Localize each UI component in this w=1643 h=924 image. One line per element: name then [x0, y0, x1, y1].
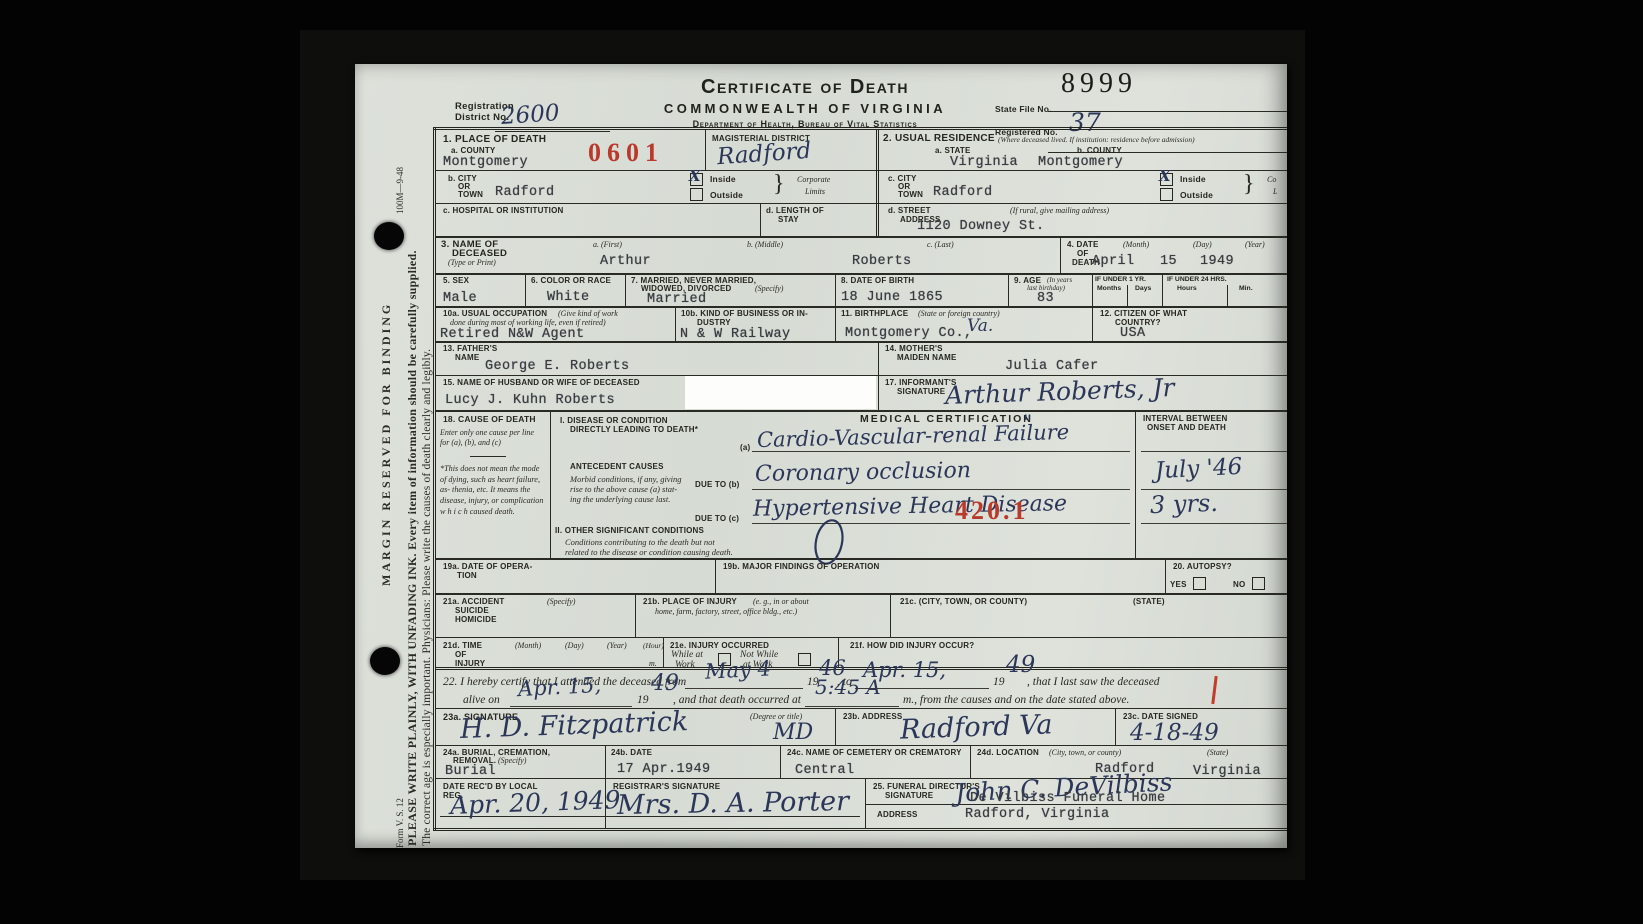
- box2-county-value: Montgomery: [1038, 156, 1123, 170]
- box15-label: 15. NAME OF HUSBAND OR WIFE OF DECEASED: [443, 378, 640, 388]
- physician-signature: H. D. Fitzpatrick: [460, 708, 689, 743]
- box9-days-label: Days: [1135, 285, 1151, 293]
- box19b-label: 19b. MAJOR FINDINGS OF OPERATION: [723, 562, 880, 572]
- cause-a-value: Cardio-Vascular-renal Failure: [757, 422, 1070, 451]
- box9-under24-label: IF UNDER 24 HRS.: [1167, 276, 1227, 284]
- box4-year-label: (Year): [1245, 240, 1265, 250]
- box9-value: 83: [1037, 292, 1054, 306]
- box4-month-label: (Month): [1123, 240, 1149, 250]
- box21d-m-suffix: m.: [649, 659, 657, 669]
- box18-a-label: (a): [740, 443, 750, 453]
- box13-label2: NAME: [455, 353, 479, 363]
- box21d-day-label: (Day): [565, 641, 584, 651]
- box9-under1yr-label: IF UNDER 1 YR.: [1095, 276, 1146, 284]
- interval-label2: ONSET AND DEATH: [1147, 423, 1226, 433]
- box2-inside-label: Inside: [1180, 174, 1206, 184]
- box1-title: 1. PLACE OF DEATH: [443, 134, 546, 146]
- physician-address-value: Radford Va: [900, 711, 1053, 743]
- box20-label: 20. AUTOPSY?: [1173, 562, 1232, 572]
- binding-notice: MARGIN RESERVED FOR BINDING: [379, 302, 394, 586]
- box2-city-value: Radford: [933, 186, 993, 200]
- state-file-number: 8999: [1061, 70, 1137, 98]
- funeral-address-label: ADDRESS: [877, 810, 918, 820]
- box15-value: Lucy J. Kuhn Roberts: [445, 394, 615, 408]
- certify-text-4: alive on: [463, 694, 500, 708]
- certificate-title: Certificate of Death: [635, 77, 975, 97]
- informant-signature: Arthur Roberts, Jr: [945, 375, 1175, 408]
- correct-age-notice: The correct age is especially important.…: [421, 349, 433, 846]
- certify-19c: 19: [637, 694, 649, 708]
- box1-outside-checkbox: [690, 188, 703, 201]
- box21b-note2: home, farm, factory, street, office bldg…: [655, 607, 797, 617]
- other-conditions-label: II. OTHER SIGNIFICANT CONDITIONS: [555, 526, 704, 536]
- box24b-label: 24b. DATE: [611, 748, 652, 758]
- box21d-hour-label: (Hour): [643, 641, 664, 650]
- box21d-year-label: (Year): [607, 641, 627, 651]
- box1-outside-label: Outside: [710, 190, 743, 200]
- box1-brace: }: [773, 172, 785, 196]
- box4-day-label: (Day): [1193, 240, 1212, 250]
- box1-stay-label2: STAY: [778, 215, 799, 225]
- box24d-state-label: (State): [1207, 748, 1228, 758]
- box3-title3: (Type or Print): [448, 258, 496, 268]
- box3-middle-label: b. (Middle): [747, 240, 783, 250]
- box10b-value: N & W Railway: [680, 328, 791, 342]
- box24d-state-value: Virginia: [1193, 765, 1261, 779]
- box21a-specify-note: (Specify): [547, 597, 575, 607]
- box8-value: 18 June 1865: [841, 291, 943, 305]
- box12-value: USA: [1120, 327, 1146, 341]
- box18-note2: for (a), (b), and (c): [440, 438, 501, 448]
- box14-label2: MAIDEN NAME: [897, 353, 957, 363]
- box11-value: Montgomery Co.,: [845, 327, 973, 341]
- autopsy-yes-label: YES: [1170, 580, 1187, 590]
- box1-inside-label: Inside: [710, 174, 736, 184]
- box21d-label3: INJURY: [455, 659, 485, 669]
- box2-title: 2. USUAL RESIDENCE: [883, 133, 995, 145]
- red-check-mark: [1211, 676, 1217, 704]
- autopsy-no-checkbox: [1252, 577, 1265, 590]
- box9-min-label: Min.: [1239, 285, 1253, 293]
- box21f-label: 21f. HOW DID INJURY OCCUR?: [850, 641, 974, 651]
- state-file-label: State File No.: [995, 104, 1052, 114]
- box1-inside-checkmark: X: [689, 169, 701, 184]
- box2-outside-label: Outside: [1180, 190, 1213, 200]
- certify-text-5: , and that death occurred at: [673, 694, 801, 708]
- box8-label: 8. DATE OF BIRTH: [841, 276, 914, 286]
- due-to-c-label: DUE TO (c): [695, 514, 739, 524]
- box5-label: 5. SEX: [443, 276, 469, 286]
- autopsy-yes-checkbox: [1193, 577, 1206, 590]
- box4-day-value: 15: [1160, 255, 1177, 269]
- funeral-director-label2: SIGNATURE: [885, 791, 933, 801]
- morbid-note3: ing the underlying cause last.: [570, 494, 670, 505]
- box24d-label: 24d. LOCATION: [977, 748, 1039, 758]
- box3-first-value: Arthur: [600, 255, 651, 269]
- degree-title-value: MD: [773, 722, 813, 744]
- box5-value: Male: [443, 292, 477, 306]
- box21c-label: 21c. (CITY, TOWN, OR COUNTY): [900, 597, 1027, 607]
- box9-months-label: Months: [1097, 285, 1121, 293]
- box2-street-note: (If rural, give mailing address): [1010, 206, 1109, 216]
- box11-value-handwritten: Va.: [967, 318, 993, 335]
- cause-code-stamp: 420.1: [955, 498, 1029, 524]
- box3-first-label: a. (First): [593, 240, 622, 250]
- certify-text-6: m., from the causes and on the date stat…: [903, 694, 1129, 708]
- box1-city-label3: TOWN: [458, 190, 483, 200]
- box2-street-value: 1120 Downey St.: [917, 220, 1045, 234]
- district-stamp: 0601: [588, 140, 664, 166]
- box6-label: 6. COLOR OR RACE: [531, 276, 611, 286]
- box1-limits-label: Limits: [805, 187, 825, 197]
- box11-label: 11. BIRTHPLACE: [841, 309, 908, 319]
- box18-note3: *This does not mean the mode of dying, s…: [440, 464, 544, 517]
- box17-label2: SIGNATURE: [897, 387, 945, 397]
- box18-note1: Enter only one cause per line: [440, 428, 534, 438]
- attended-from-value: May 4: [704, 658, 771, 682]
- box13-value: George E. Roberts: [485, 360, 630, 374]
- box2-limits-label: L: [1273, 187, 1277, 197]
- cause-b-value: Coronary occlusion: [755, 460, 971, 486]
- due-to-b-label: DUE TO (b): [695, 480, 740, 490]
- box1-hospital-label: c. HOSPITAL OR INSTITUTION: [443, 206, 563, 216]
- other-conditions-note2: related to the disease or condition caus…: [565, 547, 733, 558]
- certificate-paper: 100M—9-48 MARGIN RESERVED FOR BINDING PL…: [355, 64, 1287, 848]
- box7-specify-note: (Specify): [755, 284, 783, 294]
- alive-on-year: 49: [651, 673, 679, 695]
- print-code: 100M—9-48: [395, 167, 405, 214]
- certify-19b: 19: [993, 676, 1005, 690]
- box2-inside-checkmark: X: [1159, 169, 1171, 184]
- box2-outside-checkbox: [1160, 188, 1173, 201]
- magisterial-value: Radford: [716, 140, 812, 170]
- autopsy-no-label: NO: [1233, 580, 1245, 590]
- box24b-value: 17 Apr.1949: [617, 763, 711, 777]
- certify-text-3: , that I last saw the deceased: [1027, 676, 1160, 690]
- box24a-value: Burial: [445, 765, 496, 779]
- interval-c-value: 3 yrs.: [1150, 491, 1219, 517]
- handwriting-loop-flourish: [807, 516, 851, 568]
- not-while-at-work-checkbox: [798, 653, 811, 666]
- alive-on-value: Apr. 15,: [518, 675, 602, 700]
- box1-county-value: Montgomery: [443, 156, 528, 170]
- antecedent-label: ANTECEDENT CAUSES: [570, 462, 664, 472]
- box9-hours-label: Hours: [1177, 285, 1197, 293]
- box19a-label2: TION: [457, 571, 477, 581]
- box2-corporate-label: Co: [1267, 175, 1276, 185]
- box24a-specify-note: (Specify): [498, 756, 526, 766]
- box4-month-value: April: [1092, 255, 1135, 269]
- box21d-month-label: (Month): [515, 641, 541, 651]
- death-hour-value: 5:45 A: [815, 677, 881, 697]
- date-recd-value: Apr. 20, 1949: [450, 787, 621, 818]
- box23b-label: 23b. ADDRESS: [843, 712, 902, 722]
- box4-year-value: 1949: [1200, 255, 1234, 269]
- box7-value: Married: [647, 293, 707, 307]
- box21c-state-label: (STATE): [1133, 597, 1165, 607]
- attended-to-year: 49: [1006, 654, 1035, 677]
- box3-last-value: Roberts: [852, 255, 912, 269]
- write-plainly-notice: PLEASE WRITE PLAINLY, WITH UNFADING INK.…: [405, 250, 420, 846]
- redaction-patch: [685, 376, 876, 409]
- box2-city-label3: TOWN: [898, 190, 923, 200]
- box21b-label: 21b. PLACE OF INJURY: [643, 597, 737, 607]
- box6-value: White: [547, 291, 590, 305]
- box1-city-value: Radford: [495, 186, 555, 200]
- box2-state-value: Virginia: [950, 156, 1018, 170]
- funeral-home-value: De Vilbiss Funeral Home: [970, 792, 1166, 806]
- district-number: 2600: [500, 102, 560, 129]
- box2-brace: }: [1243, 172, 1255, 196]
- box21b-note1: (e. g., in or about: [753, 597, 809, 607]
- box18-title: 18. CAUSE OF DEATH: [443, 414, 536, 424]
- box18-disease-label2: DIRECTLY LEADING TO DEATH*: [570, 425, 698, 435]
- box24c-label: 24c. NAME OF CEMETERY OR CREMATORY: [787, 748, 962, 758]
- box3-last-label: c. (Last): [927, 240, 954, 250]
- box10a-value: Retired N&W Agent: [440, 328, 585, 342]
- box24d-note: (City, town, or county): [1049, 748, 1121, 758]
- form-code: Form V. S. 12: [395, 798, 405, 848]
- box2-title-note: (Where deceased lived. If institution: r…: [998, 135, 1195, 144]
- box1-corporate-label: Corporate: [797, 175, 830, 185]
- box24c-value: Central: [795, 764, 855, 778]
- punch-hole-bottom: [370, 647, 400, 675]
- date-signed-value: 4-18-49: [1130, 722, 1219, 745]
- registered-no-value: 37: [1069, 110, 1101, 135]
- punch-hole-top: [374, 222, 404, 250]
- commonwealth-title: COMMONWEALTH OF VIRGINIA: [635, 102, 975, 115]
- box14-value: Julia Cafer: [1005, 360, 1099, 374]
- scanned-death-certificate: 100M—9-48 MARGIN RESERVED FOR BINDING PL…: [0, 0, 1643, 924]
- box21a-label3: HOMICIDE: [455, 615, 497, 625]
- registrar-signature: Mrs. D. A. Porter: [617, 788, 849, 819]
- interval-a-value: July '46: [1154, 456, 1242, 484]
- funeral-address-value: Radford, Virginia: [965, 808, 1110, 822]
